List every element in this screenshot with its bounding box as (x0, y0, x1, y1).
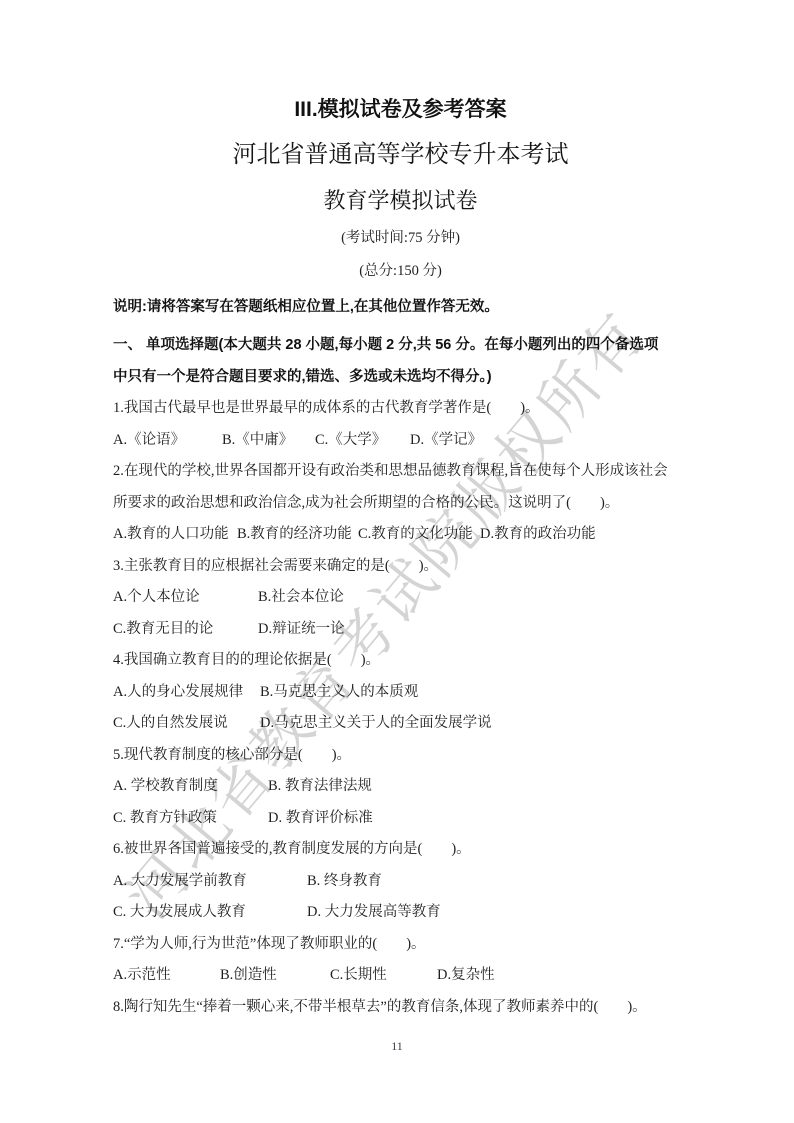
section-intro-line-1: 一、 单项选择题(本大题共 28 小题,每小题 2 分,共 56 分。在每小题列… (113, 329, 688, 361)
option-d: D. 大力发展高等教育 (307, 897, 441, 929)
paper-title: 教育学模拟试卷 (113, 187, 688, 215)
page-number: 11 (0, 1038, 794, 1054)
section-title: III.模拟试卷及参考答案 (113, 97, 688, 123)
question-2-stem-line-1: 2.在现代的学校,世界各国都开设有政治类和思想品德教育课程,旨在使每个人形成该社… (113, 456, 688, 488)
section-intro-line-2: 中只有一个是符合题目要求的,错选、多选或未选均不得分。) (113, 361, 688, 393)
question-4-options-row-2: C.人的自然发展说 D.马克思主义关于人的全面发展学说 (113, 708, 688, 740)
page-content: III.模拟试卷及参考答案 河北省普通高等学校专升本考试 教育学模拟试卷 (考试… (0, 0, 794, 1123)
question-5-options-row-1: A. 学校教育制度 B. 教育法律法规 (113, 771, 688, 803)
option-c: C.人的自然发展说 (113, 708, 260, 740)
option-a: A. 大力发展学前教育 (113, 866, 307, 898)
option-b: B.社会本位论 (258, 582, 344, 614)
answer-instructions: 说明:请将答案写在答题纸相应位置上,在其他位置作答无效。 (113, 292, 688, 323)
option-d: D. 教育评价标准 (268, 803, 373, 835)
question-4-stem: 4.我国确立教育目的的理论依据是( )。 (113, 645, 688, 677)
exam-title: 河北省普通高等学校专升本考试 (113, 140, 688, 170)
question-6-options-row-1: A. 大力发展学前教育 B. 终身教育 (113, 866, 688, 898)
option-b: B.《中庸》 (222, 425, 315, 457)
exam-total-score: (总分:150 分) (113, 261, 688, 281)
question-4-options-row-1: A.人的身心发展规律 B.马克思主义人的本质观 (113, 677, 688, 709)
question-5-options-row-2: C. 教育方针政策 D. 教育评价标准 (113, 803, 688, 835)
option-a: A.《论语》 (113, 425, 222, 457)
option-d: D.辩证统一论 (258, 614, 345, 646)
option-a: A.教育的人口功能 (113, 519, 237, 551)
option-b: B. 终身教育 (307, 866, 382, 898)
option-b: B.马克思主义人的本质观 (260, 677, 418, 709)
option-d: D.《学记》 (410, 425, 482, 457)
option-c: C. 教育方针政策 (113, 803, 268, 835)
question-6-options-row-2: C. 大力发展成人教育 D. 大力发展高等教育 (113, 897, 688, 929)
option-d: D.马克思主义关于人的全面发展学说 (260, 708, 492, 740)
question-7-stem: 7.“学为人师,行为世范”体现了教师职业的( )。 (113, 929, 688, 961)
option-b: B.创造性 (220, 960, 330, 992)
option-c: C.教育无目的论 (113, 614, 258, 646)
question-6-stem: 6.被世界各国普遍接受的,教育制度发展的方向是( )。 (113, 834, 688, 866)
question-3-options-row-1: A.个人本位论 B.社会本位论 (113, 582, 688, 614)
question-7-options-row: A.示范性 B.创造性 C.长期性 D.复杂性 (113, 960, 688, 992)
question-3-stem: 3.主张教育目的应根据社会需要来确定的是( )。 (113, 551, 688, 583)
question-8-stem: 8.陶行知先生“捧着一颗心来,不带半根草去”的教育信条,体现了教师素养中的( )… (113, 992, 688, 1024)
option-c: C.教育的文化功能 (358, 519, 480, 551)
question-2-options-row: A.教育的人口功能 B.教育的经济功能 C.教育的文化功能 D.教育的政治功能 (113, 519, 688, 551)
option-d: D.复杂性 (437, 960, 495, 992)
question-3-options-row-2: C.教育无目的论 D.辩证统一论 (113, 614, 688, 646)
option-b: B.教育的经济功能 (237, 519, 358, 551)
option-a: A.人的身心发展规律 (113, 677, 260, 709)
exam-paper-page: 河北省教育考试院版权所有 III.模拟试卷及参考答案 河北省普通高等学校专升本考… (0, 0, 794, 1123)
option-c: C.长期性 (330, 960, 437, 992)
question-1-options-row: A.《论语》 B.《中庸》 C.《大学》 D.《学记》 (113, 425, 688, 457)
question-1-stem: 1.我国古代最早也是世界最早的成体系的古代教育学著作是( )。 (113, 393, 688, 425)
option-c: C.《大学》 (315, 425, 410, 457)
exam-duration: (考试时间:75 分钟) (113, 228, 688, 248)
option-a: A.个人本位论 (113, 582, 258, 614)
option-a: A. 学校教育制度 (113, 771, 268, 803)
question-5-stem: 5.现代教育制度的核心部分是( )。 (113, 740, 688, 772)
option-b: B. 教育法律法规 (268, 771, 372, 803)
option-a: A.示范性 (113, 960, 220, 992)
option-d: D.教育的政治功能 (480, 519, 596, 551)
question-2-stem-line-2: 所要求的政治思想和政治信念,成为社会所期望的合格的公民。这说明了( )。 (113, 488, 688, 520)
option-c: C. 大力发展成人教育 (113, 897, 307, 929)
